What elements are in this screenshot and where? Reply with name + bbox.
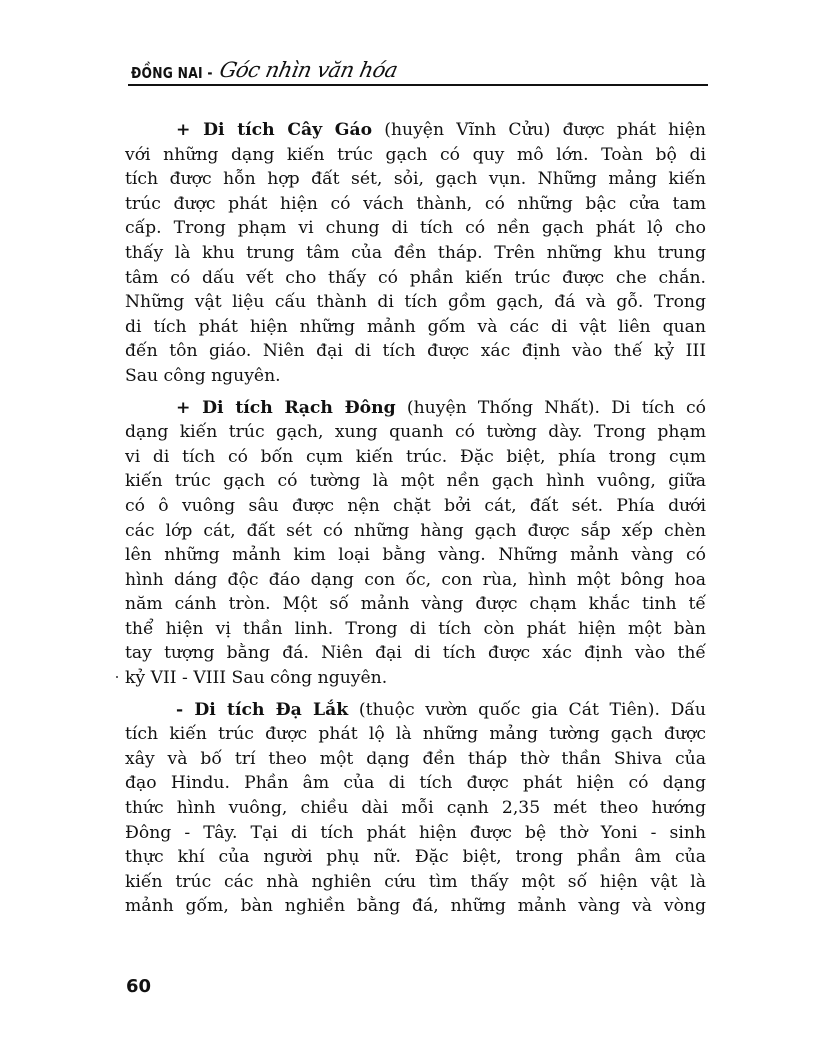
text-line: kiến trúc gạch có tường là một nền gạch …	[125, 469, 706, 494]
text-line: đến tôn giáo. Niên đại di tích được xác …	[125, 339, 706, 364]
text-line: các lớp cát, đất sét có những hàng gạch …	[125, 519, 706, 544]
text-line: Sau công nguyên.	[125, 364, 706, 389]
line-text: (huyện Thống Nhất). Di tích có	[396, 398, 706, 418]
text-line: với những dạng kiến trúc gạch có quy mô …	[125, 143, 706, 168]
running-header: ĐỒNG NAI - Góc nhìn văn hóa	[128, 58, 708, 88]
lead-prefix: +	[176, 398, 202, 418]
text-line: có ô vuông sâu được nện chặt bởi cát, đấ…	[125, 494, 706, 519]
text-line: thực khí của người phụ nữ. Đặc biệt, tro…	[125, 845, 706, 870]
text-line: Đông - Tây. Tại di tích phát hiện được b…	[125, 821, 706, 846]
header-subtitle: Góc nhìn văn hóa	[217, 58, 399, 82]
header-brand: ĐỒNG NAI -	[131, 64, 213, 82]
site-name: Di tích Đạ Lắk	[194, 700, 348, 720]
line-text: (huyện Vĩnh Cửu) được phát hiện	[372, 120, 706, 140]
scan-speck	[116, 676, 118, 678]
text-line: kiến trúc các nhà nghiên cứu tìm thấy mộ…	[125, 870, 706, 895]
text-line: di tích phát hiện những mảnh gốm và các …	[125, 315, 706, 340]
site-name: Di tích Cây Gáo	[203, 120, 372, 140]
text-line: đạo Hindu. Phần âm của di tích được phát…	[125, 771, 706, 796]
text-line: dạng kiến trúc gạch, xung quanh có tường…	[125, 420, 706, 445]
text-line: mảnh gốm, bàn nghiền bằng đá, những mảnh…	[125, 894, 706, 919]
text-line: cấp. Trong phạm vi chung di tích có nền …	[125, 216, 706, 241]
text-line: thức hình vuông, chiều dài mỗi cạnh 2,35…	[125, 796, 706, 821]
text-line: năm cánh tròn. Một số mảnh vàng được chạ…	[125, 592, 706, 617]
paragraph-rach-dong: + Di tích Rạch Đông (huyện Thống Nhất). …	[125, 396, 706, 691]
text-line: kỷ VII - VIII Sau công nguyên.	[125, 666, 706, 691]
text-line: Những vật liệu cấu thành di tích gồm gạc…	[125, 290, 706, 315]
text-line: xây và bố trí theo một dạng đền tháp thờ…	[125, 747, 706, 772]
text-line: lên những mảnh kim loại bằng vàng. Những…	[125, 543, 706, 568]
text-line: + Di tích Cây Gáo (huyện Vĩnh Cửu) được …	[125, 118, 706, 143]
site-name: Di tích Rạch Đông	[202, 398, 396, 418]
text-line: thể hiện vị thần linh. Trong di tích còn…	[125, 617, 706, 642]
body-text: + Di tích Cây Gáo (huyện Vĩnh Cửu) được …	[125, 118, 706, 926]
text-line: hình dáng độc đáo dạng con ốc, con rùa, …	[125, 568, 706, 593]
text-line: + Di tích Rạch Đông (huyện Thống Nhất). …	[125, 396, 706, 421]
text-line: tay tượng bằng đá. Niên đại di tích được…	[125, 641, 706, 666]
lead-prefix: -	[176, 700, 194, 720]
text-line: - Di tích Đạ Lắk (thuộc vườn quốc gia Cá…	[125, 698, 706, 723]
text-line: vi di tích có bốn cụm kiến trúc. Đặc biệ…	[125, 445, 706, 470]
header-rule	[128, 84, 708, 86]
paragraph-cay-gao: + Di tích Cây Gáo (huyện Vĩnh Cửu) được …	[125, 118, 706, 389]
text-line: tích được hỗn hợp đất sét, sỏi, gạch vụn…	[125, 167, 706, 192]
text-line: tâm có dấu vết cho thấy có phần kiến trú…	[125, 266, 706, 291]
text-line: trúc được phát hiện có vách thành, có nh…	[125, 192, 706, 217]
lead-prefix: +	[176, 120, 203, 140]
line-text: (thuộc vườn quốc gia Cát Tiên). Dấu	[348, 700, 706, 720]
paragraph-da-lak: - Di tích Đạ Lắk (thuộc vườn quốc gia Cá…	[125, 698, 706, 919]
text-line: tích kiến trúc được phát lộ là những mản…	[125, 722, 706, 747]
text-line: thấy là khu trung tâm của đền tháp. Trên…	[125, 241, 706, 266]
page-number: 60	[126, 976, 151, 997]
